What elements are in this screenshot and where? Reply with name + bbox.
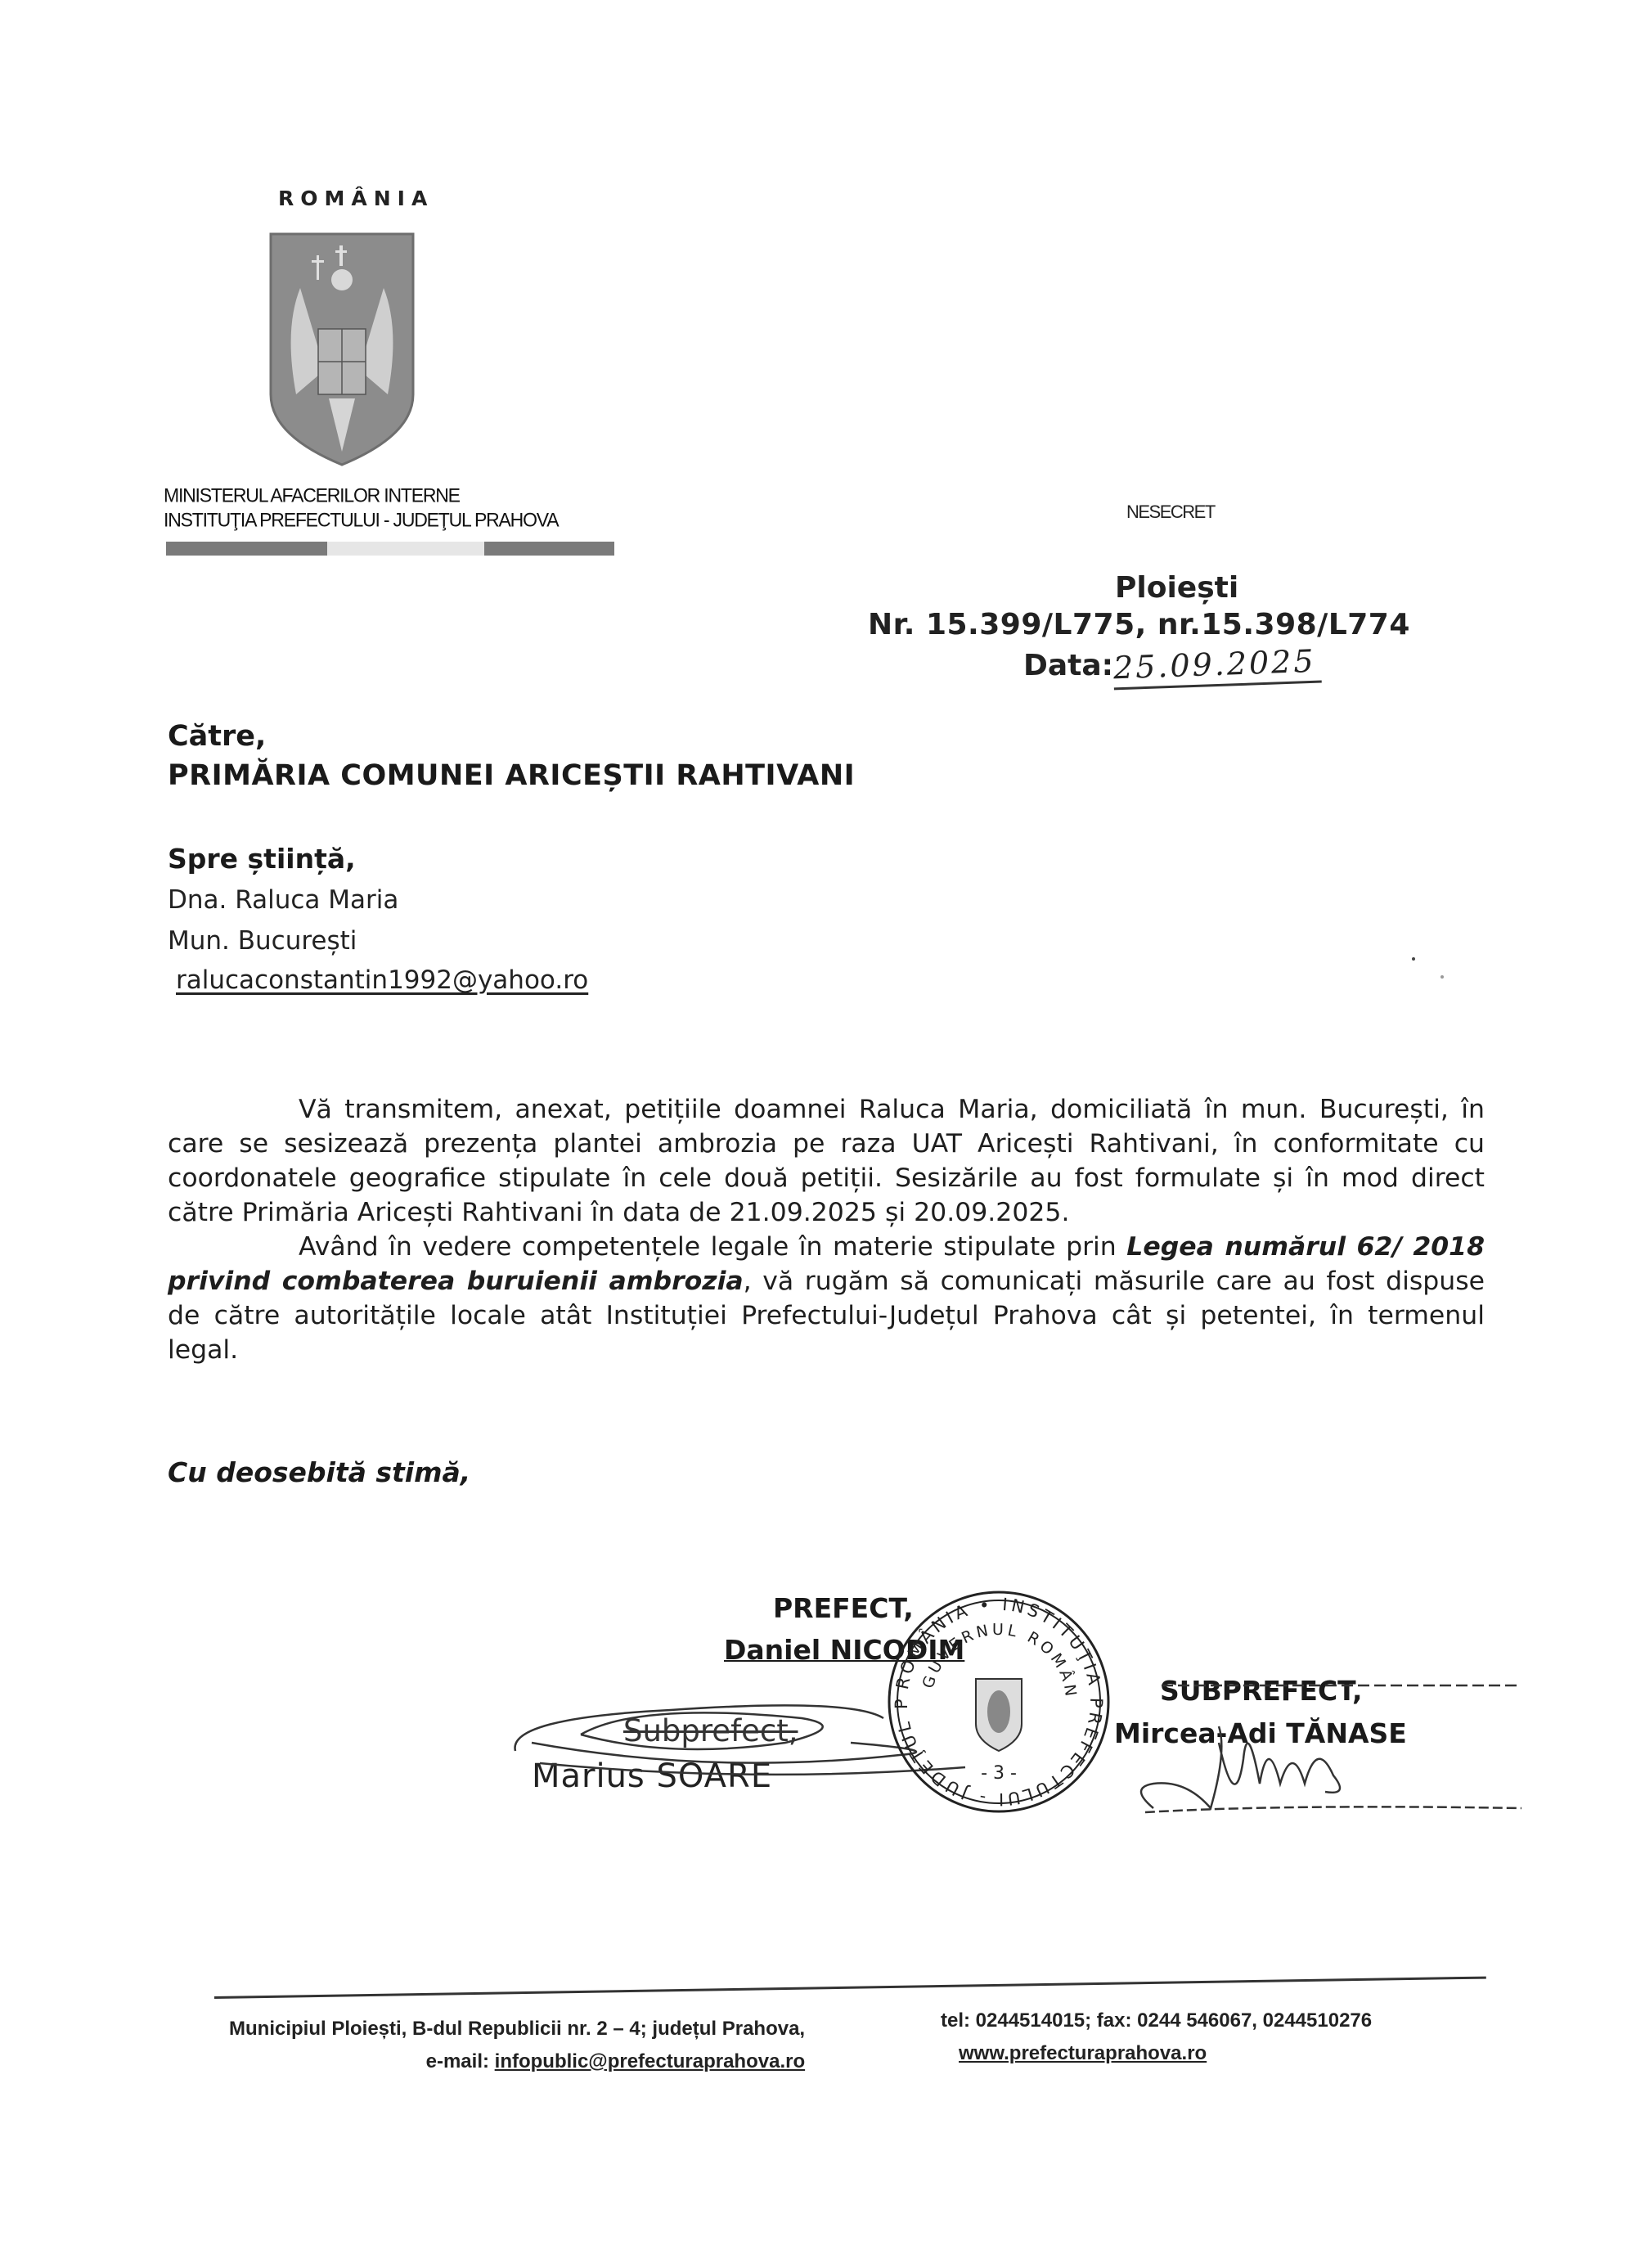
scan-speck [1440, 975, 1444, 979]
paragraph-2-intro: Având în vedere competențele legale în m… [299, 1232, 1126, 1262]
issue-date: Data:25.09.2025 [1023, 646, 1321, 686]
subprefect-left-name: Marius SOARE [532, 1757, 772, 1795]
institution-name: INSTITUŢIA PREFECTULUI - JUDEŢUL PRAHOVA [164, 506, 558, 533]
tricolor-bar [166, 542, 614, 556]
subprefect-left-title: Subprefect, [623, 1713, 798, 1748]
footer-email-link[interactable]: infopublic@prefecturaprahova.ro [495, 2050, 805, 2072]
classification-label: NESECRET [1126, 502, 1215, 523]
body-paragraph-2: Având în vedere competențele legale în m… [168, 1230, 1485, 1367]
footer-website-link[interactable]: www.prefecturaprahova.ro [959, 2037, 1372, 2070]
cc-city: Mun. București [168, 926, 357, 956]
svg-text:- 3 -: - 3 - [981, 1763, 1017, 1784]
scan-speck [1412, 957, 1415, 961]
handwritten-date: 25.09.2025 [1112, 643, 1321, 691]
recipient-name: PRIMĂRIA COMUNEI ARICEȘTII RAHTIVANI [168, 759, 855, 792]
country-heading: ROMÂNIA [278, 187, 434, 210]
footer-email-line: e-mail: infopublic@prefecturaprahova.ro [229, 2045, 805, 2078]
romania-coat-of-arms-icon [267, 231, 416, 468]
footer-contact-block: tel: 0244514015; fax: 0244 546067, 02445… [941, 2005, 1372, 2070]
footer-email-label: e-mail: [426, 2050, 495, 2072]
official-stamp-icon: ROMÂNIA • INSTITUŢIA PREFECTULUI - JUDEŢ… [886, 1589, 1112, 1815]
body-paragraph-1: Vă transmitem, anexat, petițiile doamnei… [168, 1092, 1485, 1230]
issue-place: Ploiești [1115, 571, 1238, 605]
footer-divider [214, 1977, 1486, 1999]
tricolor-band-1 [166, 542, 327, 556]
tricolor-band-3 [484, 542, 614, 556]
tricolor-band-2 [327, 542, 484, 556]
footer-address-block: Municipiul Ploiești, B-dul Republicii nr… [229, 2013, 805, 2078]
subprefect-right-name: Mircea-Adi TĂNASE [1114, 1717, 1407, 1749]
footer-phones: tel: 0244514015; fax: 0244 546067, 02445… [941, 2005, 1372, 2037]
institution-header: MINISTERUL AFACERILOR INTERNE INSTITUŢIA… [164, 483, 558, 532]
cc-email-link[interactable]: ralucaconstantin1992@yahoo.ro [176, 965, 588, 995]
footer-address: Municipiul Ploiești, B-dul Republicii nr… [229, 2013, 805, 2045]
cc-name: Dna. Raluca Maria [168, 885, 398, 915]
ministry-name: MINISTERUL AFACERILOR INTERNE [164, 482, 558, 508]
subprefect-right-title: SUBPREFECT, [1160, 1675, 1363, 1707]
letter-body: Vă transmitem, anexat, petițiile doamnei… [168, 1092, 1485, 1367]
closing-salutation: Cu deosebită stimă, [168, 1456, 470, 1488]
recipient-label: Către, [168, 720, 266, 753]
date-label: Data: [1023, 649, 1113, 682]
cc-label: Spre știință, [168, 843, 356, 875]
registration-numbers: Nr. 15.399/L775, nr.15.398/L774 [868, 608, 1410, 641]
